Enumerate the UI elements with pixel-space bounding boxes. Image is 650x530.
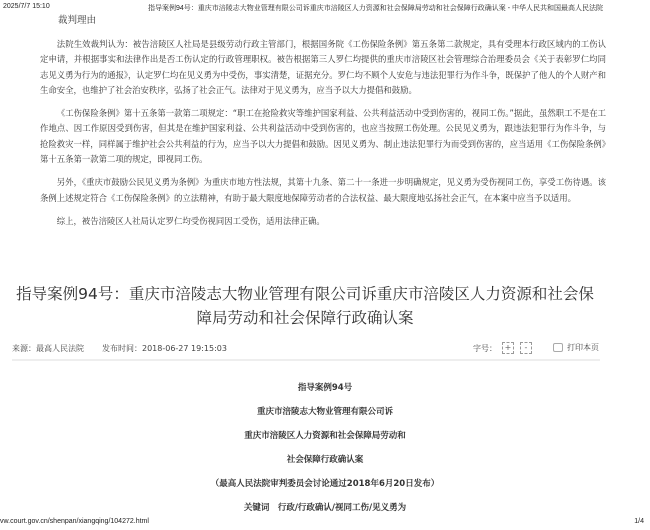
publish-time: 发布时间：2018-06-27 19:15:03 — [102, 343, 227, 354]
print-timestamp: 2025/7/7 15:10 — [3, 3, 50, 10]
font-decrease-button[interactable]: - — [520, 342, 532, 354]
print-header: 2025/7/7 15:10 指导案例94号：重庆市涪陵志大物业管理有限公司诉重… — [0, 0, 650, 14]
source: 来源：最高人民法院 — [12, 343, 84, 354]
divider — [12, 359, 600, 361]
print-doc-title: 指导案例94号：重庆市涪陵志大物业管理有限公司诉重庆市涪陵区人力资源和社会保障局… — [148, 3, 603, 13]
paragraph: 综上，被告涪陵区人社局认定罗仁均受伤视同因工受伤，适用法律正确。 — [40, 214, 606, 229]
case-keywords: 关键词 行政/行政确认/视同工伤/见义勇为 — [150, 501, 500, 513]
print-url: vw.court.gov.cn/shenpan/xiangqing/104272… — [0, 518, 149, 525]
judgment-reasons: 法院生效裁判认为：被告涪陵区人社局是县级劳动行政主管部门，根据国务院《工伤保险条… — [40, 37, 606, 237]
print-button[interactable]: 打印本页 — [553, 342, 599, 353]
case-adopted-note: （最高人民法院审判委员会讨论通过2018年6月20日发布） — [150, 477, 500, 489]
article-meta-bar: 来源：最高人民法院 发布时间：2018-06-27 19:15:03 字号： +… — [12, 342, 600, 356]
paragraph: 《工伤保险条例》第十五条第一款第二项规定：“职工在抢险救灾等维护国家利益、公共利… — [40, 106, 606, 167]
printer-icon — [553, 343, 563, 352]
case-title-line-3: 社会保障行政确认案 — [150, 453, 500, 465]
font-increase-button[interactable]: + — [502, 342, 514, 354]
case-number: 指导案例94号 — [150, 381, 500, 393]
font-size-label: 字号： — [473, 343, 497, 354]
case-title-line-2: 重庆市涪陵区人力资源和社会保障局劳动和 — [150, 429, 500, 441]
paragraph: 另外，《重庆市鼓励公民见义勇为条例》为重庆市地方性法规，其第十九条、第二十一条进… — [40, 175, 606, 206]
case-title-line-1: 重庆市涪陵志大物业管理有限公司诉 — [150, 405, 500, 417]
print-page-number: 1/4 — [634, 518, 644, 525]
print-label: 打印本页 — [567, 343, 599, 352]
page-title: 指导案例94号：重庆市涪陵志大物业管理有限公司诉重庆市涪陵区人力资源和社会保障局… — [10, 282, 600, 330]
paragraph: 法院生效裁判认为：被告涪陵区人社局是县级劳动行政主管部门，根据国务院《工伤保险条… — [40, 37, 606, 98]
section-heading: 裁判理由 — [58, 12, 96, 26]
